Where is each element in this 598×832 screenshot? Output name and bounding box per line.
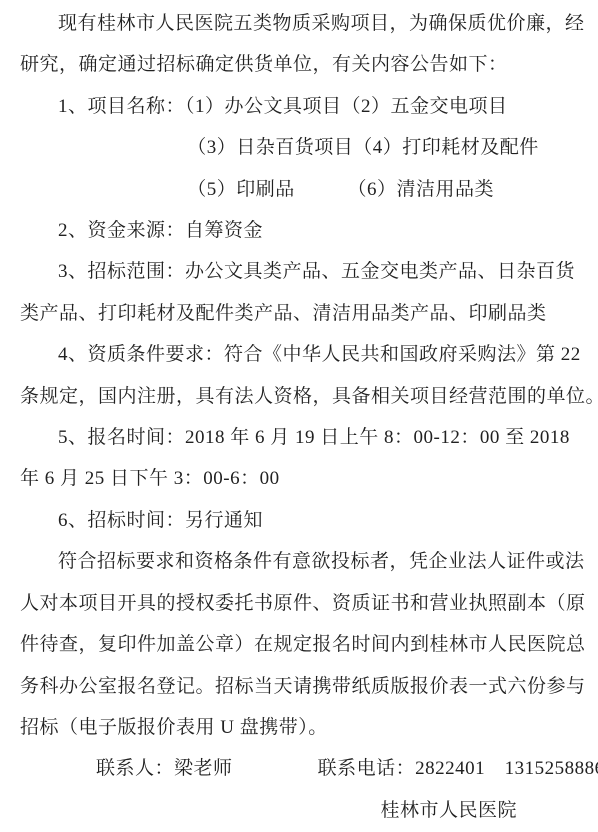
signature-line: 桂林市人民医院 bbox=[20, 790, 570, 831]
item5-line-2: 年 6 月 25 日下午 3：00-6：00 bbox=[20, 458, 570, 499]
item1-sub5: （5）印刷品 bbox=[187, 169, 295, 210]
item1-sub6: （6）清洁用品类 bbox=[347, 169, 494, 210]
item1-line-1: 1、项目名称：（1）办公文具项目（2）五金交电项目 bbox=[20, 86, 570, 127]
requirements-line-4: 务科办公室报名登记。招标当天请携带纸质版报价表一式六份参与 bbox=[20, 666, 570, 707]
item3-line-1: 3、招标范围：办公文具类产品、五金交电类产品、日杂百货 bbox=[20, 251, 570, 292]
intro-line-1: 现有桂林市人民医院五类物质采购项目，为确保质优价廉，经 bbox=[20, 3, 570, 44]
contact-line: 联系人：梁老师 联系电话：2822401 13152588868 bbox=[20, 748, 570, 789]
intro-line-2: 研究，确定通过招标确定供货单位，有关内容公告如下： bbox=[20, 44, 570, 85]
item6-line: 6、招标时间：另行通知 bbox=[20, 500, 570, 541]
item2-line: 2、资金来源：自筹资金 bbox=[20, 210, 570, 251]
announcement-document: 现有桂林市人民医院五类物质采购项目，为确保质优价廉，经 研究，确定通过招标确定供… bbox=[0, 0, 598, 832]
item1-line-2: （3）日杂百货项目（4）打印耗材及配件 bbox=[20, 127, 570, 168]
contact-phone: 联系电话：2822401 13152588868 bbox=[280, 748, 598, 789]
contact-person: 联系人：梁老师 bbox=[58, 748, 233, 789]
requirements-line-1: 符合招标要求和资格条件有意欲投标者，凭企业法人证件或法 bbox=[20, 541, 570, 582]
item5-line-1: 5、报名时间：2018 年 6 月 19 日上午 8：00-12：00 至 20… bbox=[20, 417, 570, 458]
requirements-line-3: 件待查，复印件加盖公章）在规定报名时间内到桂林市人民医院总 bbox=[20, 624, 570, 665]
item4-line-2: 条规定，国内注册，具有法人资格，具备相关项目经营范围的单位。 bbox=[20, 376, 570, 417]
item1-line-3: （5）印刷品 （6）清洁用品类 bbox=[20, 169, 570, 210]
item4-line-1: 4、资质条件要求：符合《中华人民共和国政府采购法》第 22 bbox=[20, 334, 570, 375]
requirements-line-5: 招标（电子版报价表用 U 盘携带）。 bbox=[20, 707, 570, 748]
item3-line-2: 类产品、打印耗材及配件类产品、清洁用品类产品、印刷品类 bbox=[20, 293, 570, 334]
requirements-line-2: 人对本项目开具的授权委托书原件、资质证书和营业执照副本（原 bbox=[20, 583, 570, 624]
